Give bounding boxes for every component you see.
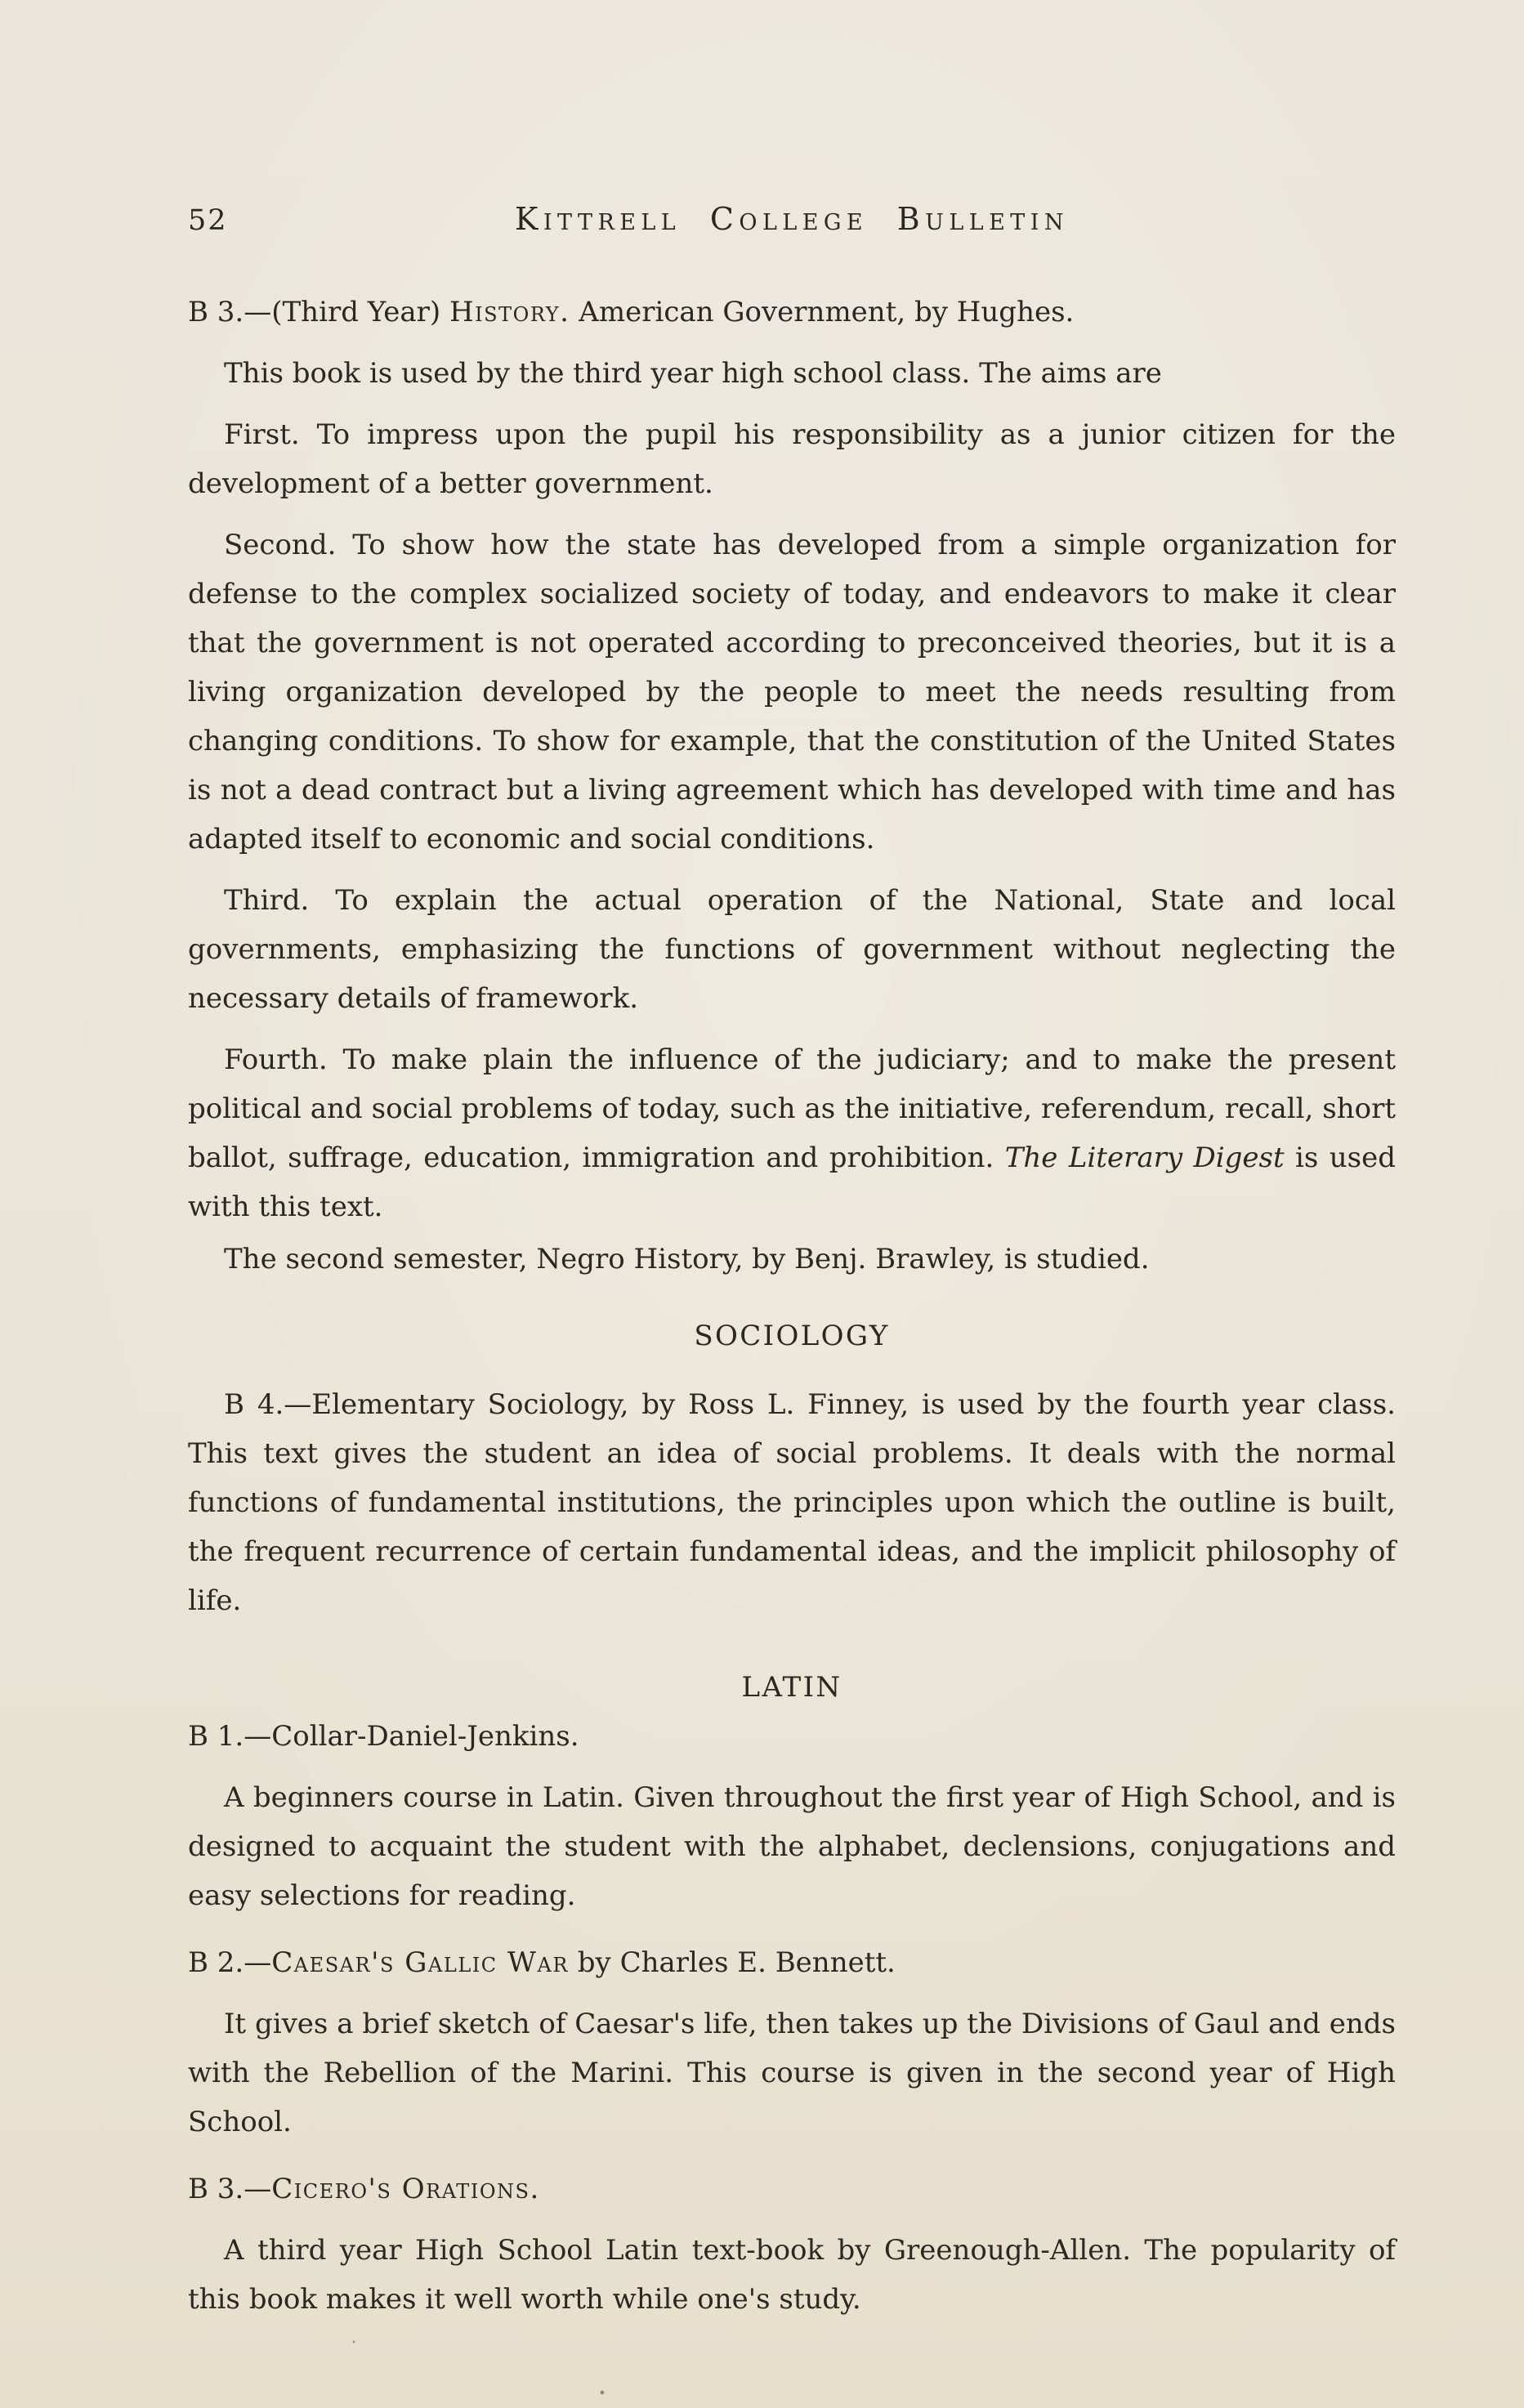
course-heading-prefix: B 3.—(Third Year) [188,296,449,328]
course-heading-rest: American Government, by Hughes. [570,296,1074,328]
paragraph-aim-second: Second. To show how the state has develo… [188,520,1396,864]
paragraph-latin-b2: It gives a brief sketch of Caesar's life… [188,1999,1396,2147]
course-heading-prefix: B 3.— [188,2173,271,2205]
paragraph-aim-first: First. To impress upon the pupil his res… [188,410,1396,508]
paragraph-latin-b3: A third year High School Latin text-book… [188,2226,1396,2324]
course-heading-subject: Cicero's Orations. [271,2173,540,2205]
course-heading-subject: Caesar's Gallic War [271,1946,569,1979]
course-heading-latin-b3: B 3.—Cicero's Orations. [188,2165,1396,2214]
page-number: 52 [188,204,515,237]
course-heading-history-b3: B 3.—(Third Year) History. American Gove… [188,288,1396,337]
paragraph-sociology-b4: B 4.—Elementary Sociology, by Ross L. Fi… [188,1380,1396,1625]
paragraph-aim-fourth: Fourth. To make plain the influence of t… [188,1035,1396,1231]
running-head: 52 Kittrell College Bulletin [188,201,1396,237]
section-heading-sociology: SOCIOLOGY [188,1311,1396,1360]
paragraph-history-intro: This book is used by the third year high… [188,349,1396,398]
section-heading-latin: LATIN [188,1663,1396,1712]
course-heading-latin-b1: B 1.—Collar-Daniel-Jenkins. [188,1712,1396,1761]
literary-digest-title: The Literary Digest [1005,1141,1285,1174]
page-title: Kittrell College Bulletin [515,201,1069,237]
course-heading-prefix: B 2.— [188,1946,271,1979]
text-block: 52 Kittrell College Bulletin B 3.—(Third… [188,201,1396,2324]
course-heading-latin-b2: B 2.—Caesar's Gallic War by Charles E. B… [188,1938,1396,1987]
paragraph-latin-b1: A beginners course in Latin. Given throu… [188,1773,1396,1920]
course-heading-subject: History. [449,296,570,328]
scanned-book-page: 52 Kittrell College Bulletin B 3.—(Third… [0,0,1524,2408]
paragraph-semester-note: The second semester, Negro History, by B… [188,1235,1396,1284]
paragraph-aim-third: Third. To explain the actual operation o… [188,876,1396,1023]
course-heading-rest: by Charles E. Bennett. [569,1946,896,1979]
